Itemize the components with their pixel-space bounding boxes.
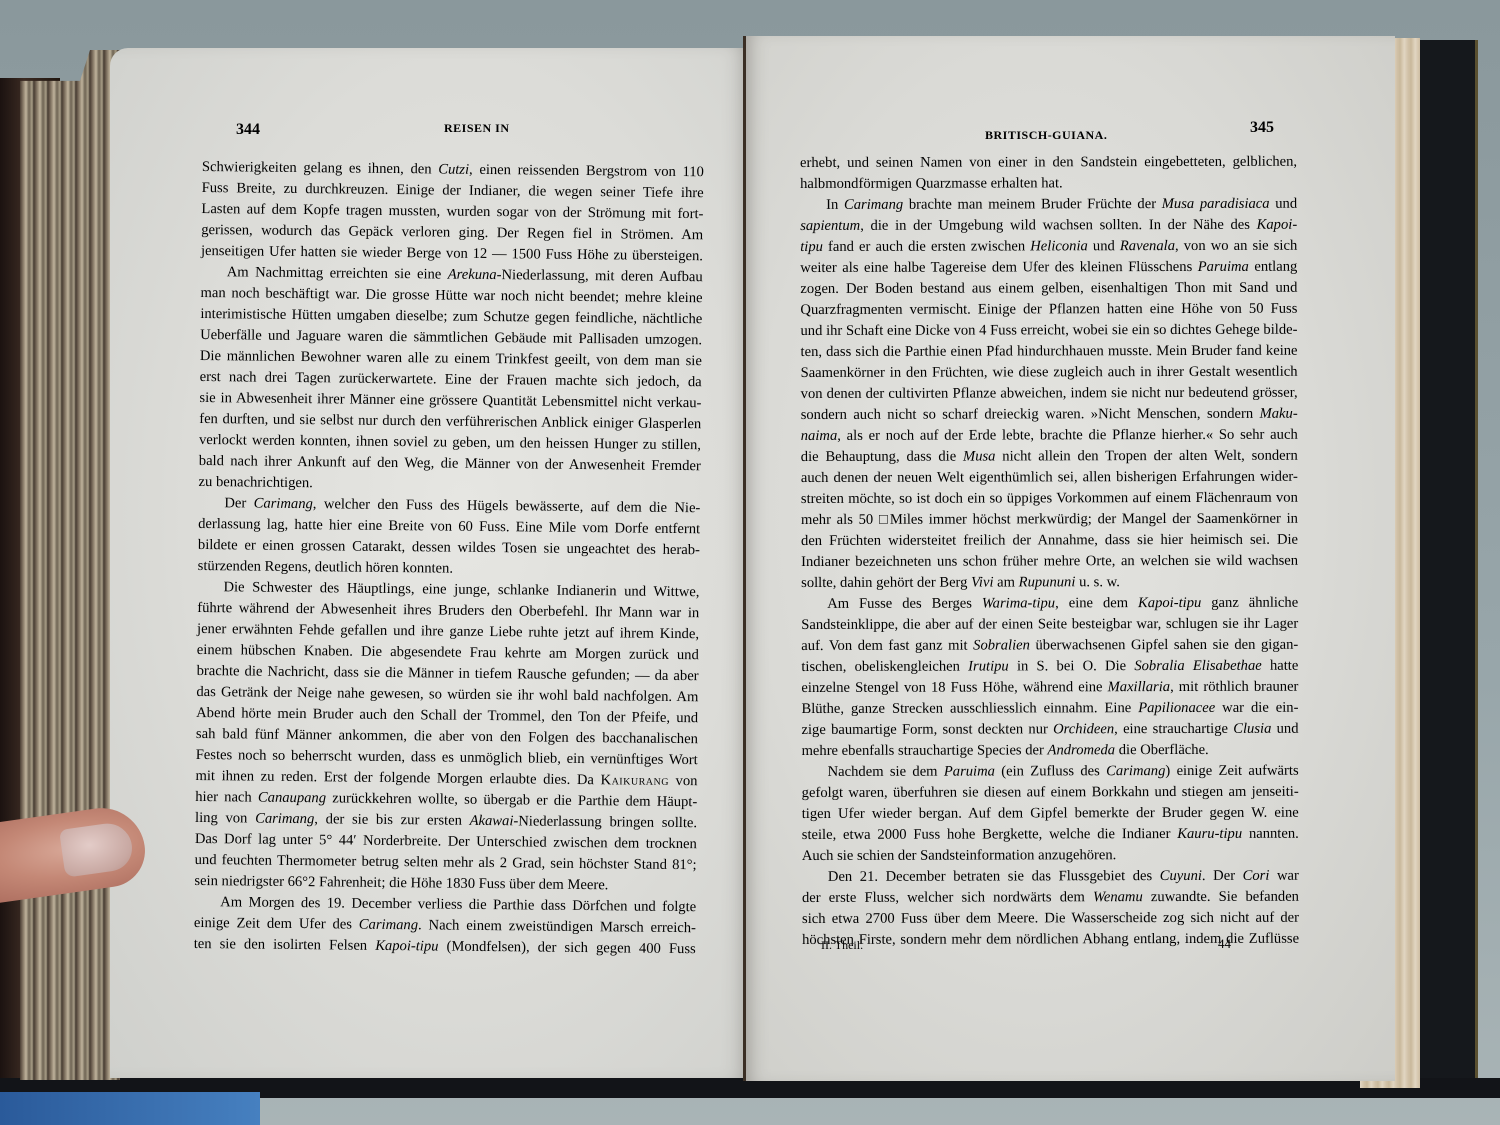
right-page-body-text: erhebt, und seinen Namen von einer in de… — [800, 152, 1299, 951]
right-page-text-line: erhebt, und seinen Namen von einer in de… — [800, 152, 1297, 174]
right-page-text-line: weiter als eine halbe Tagereise dem Ufer… — [800, 257, 1297, 279]
right-page-text-line: der erste Fluss, welcher sich nordwärts … — [802, 887, 1299, 909]
book-gutter — [743, 36, 746, 1081]
page-stack-left — [20, 50, 120, 1080]
right-page-text-line: tigen Ufer wieder bergan. Auf dem Gipfel… — [802, 803, 1299, 825]
right-page-text-line: zogen. Der Boden bestand aus einem gelbe… — [800, 278, 1297, 300]
right-page-text-line: von denen der cultivirten Pflanze abweic… — [801, 383, 1298, 405]
right-page-text-line: auf. Von dem fast ganz mit Sobralien übe… — [801, 635, 1298, 657]
right-page-text-line: Quarzfragmenten vermischt. Einige der Pf… — [800, 299, 1297, 321]
right-page-text-line: einzelne Stengel von 18 Fuss Höhe, währe… — [801, 677, 1298, 699]
photo-scene: 344 REISEN IN BRITISCH-GUIANA. 345 Schwi… — [0, 0, 1500, 1125]
right-running-head: BRITISCH-GUIANA. — [985, 128, 1107, 143]
right-page-text-line: zige baumartige Form, sonst deckten nur … — [801, 719, 1298, 741]
blue-object-under-book — [0, 1092, 260, 1125]
right-page-text-line: naima, als er noch auf der Erde lebte, b… — [801, 425, 1298, 447]
right-page-text-line: halbmondförmigen Quarzmasse erhalten hat… — [800, 173, 1297, 195]
right-page-text-line: Nachdem sie dem Paruima (ein Zufluss des… — [802, 761, 1299, 783]
right-page-text-line: sich etwa 2700 Fuss über dem Meere. Die … — [802, 908, 1299, 930]
right-page-text-line: den Früchten widersteitet freilich der A… — [801, 530, 1298, 552]
left-running-head: REISEN IN — [444, 121, 510, 136]
right-page-text-line: mehre ebenfalls strauchartige Species de… — [802, 740, 1299, 762]
right-page-text-line: gefolgt waren, überfuhren sie diesen auf… — [802, 782, 1299, 804]
right-page-text-line: Blüthe, ganze Strecken ausschliesslich e… — [801, 698, 1298, 720]
right-page-text-line: Am Fusse des Berges Warima-tipu, eine de… — [801, 593, 1298, 615]
right-page-text-line: mehr als 50 □Miles immer höchst merkwürd… — [801, 509, 1298, 531]
right-page-text-line: In Carimang brachte man meinem Bruder Fr… — [800, 194, 1297, 216]
right-page-text-line: die Behauptung, dass die Musa nicht alle… — [801, 446, 1298, 468]
right-page-text-line: Saamenkörner in den Früchten, wie diese … — [801, 362, 1298, 384]
right-page-text-line: steile, etwa 2000 Fuss hohe Bergkette, w… — [802, 824, 1299, 846]
right-page-text-line: und ihr Schaft eine Dicke von 4 Fuss err… — [800, 320, 1297, 342]
right-page-text-line: tischen, obeliskengleichen Irutipu in S.… — [801, 656, 1298, 678]
right-page-text-line: Indianer bezeichneten uns schon früher m… — [801, 551, 1298, 573]
signature-mark: II. Theil. — [821, 938, 863, 953]
right-page-text-line: sapientum, die in der Umgebung wild wach… — [800, 215, 1297, 237]
right-page-text-line: streiten möchte, so ist doch ein so üppi… — [801, 488, 1298, 510]
signature-number: 44 — [1218, 936, 1231, 952]
right-page-text-line: auch denen der neuen Welt eigenthümlich … — [801, 467, 1298, 489]
right-page-text-line: tipu fand er auch die ersten zwischen He… — [800, 236, 1297, 258]
right-page-text-line: sollte, dahin gehört der Berg Vivi am Ru… — [801, 572, 1298, 594]
left-page-body-text: Schwierigkeiten gelang es ihnen, den Cut… — [194, 157, 704, 960]
right-page-text-line: Sandsteinklippe, die aber auf der einen … — [801, 614, 1298, 636]
right-page-text-line: ten, dass sich die Parthie einen Pfad hi… — [800, 341, 1297, 363]
left-page-number: 344 — [236, 121, 260, 139]
right-page-text-line: Den 21. December betraten sie das Flussg… — [802, 866, 1299, 888]
right-page-text-line: sondern auch nicht so scharf dreieckig w… — [801, 404, 1298, 426]
right-page-text-line: Auch sie schien der Sandsteinformation a… — [802, 845, 1299, 867]
right-page-number: 345 — [1250, 119, 1274, 137]
